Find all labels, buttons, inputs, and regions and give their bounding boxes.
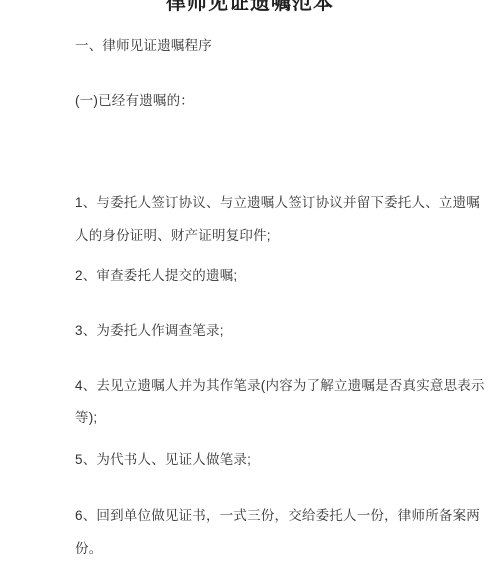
subsection-heading: (一)已经有遗嘱的： [75, 92, 194, 109]
list-item-6-line-2: 份。 [75, 540, 102, 557]
list-item-5: 5、为代书人、见证人做笔录; [75, 451, 251, 468]
document-title: 律师见证遗嘱范本 [0, 0, 500, 13]
section-heading: 一、律师见证遗嘱程序 [75, 37, 212, 54]
list-item-6-line-1: 6、回到单位做见证书，一式三份，交给委托人一份，律师所备案两 [75, 507, 480, 524]
list-item-4-line-2: 等); [75, 409, 97, 426]
list-item-3: 3、为委托人作调查笔录; [75, 322, 224, 339]
document-page: 律师见证遗嘱范本 一、律师见证遗嘱程序 (一)已经有遗嘱的： 1、与委托人签订协… [0, 0, 500, 565]
list-item-1-line-2: 人的身份证明、财产证明复印件; [75, 227, 271, 244]
list-item-4-line-1: 4、去见立遗嘱人并为其作笔录(内容为了解立遗嘱是否真实意思表示 [75, 377, 485, 394]
list-item-2: 2、审查委托人提交的遗嘱; [75, 267, 237, 284]
list-item-1-line-1: 1、与委托人签订协议、与立遗嘱人签订协议并留下委托人、立遗嘱 [75, 194, 480, 211]
